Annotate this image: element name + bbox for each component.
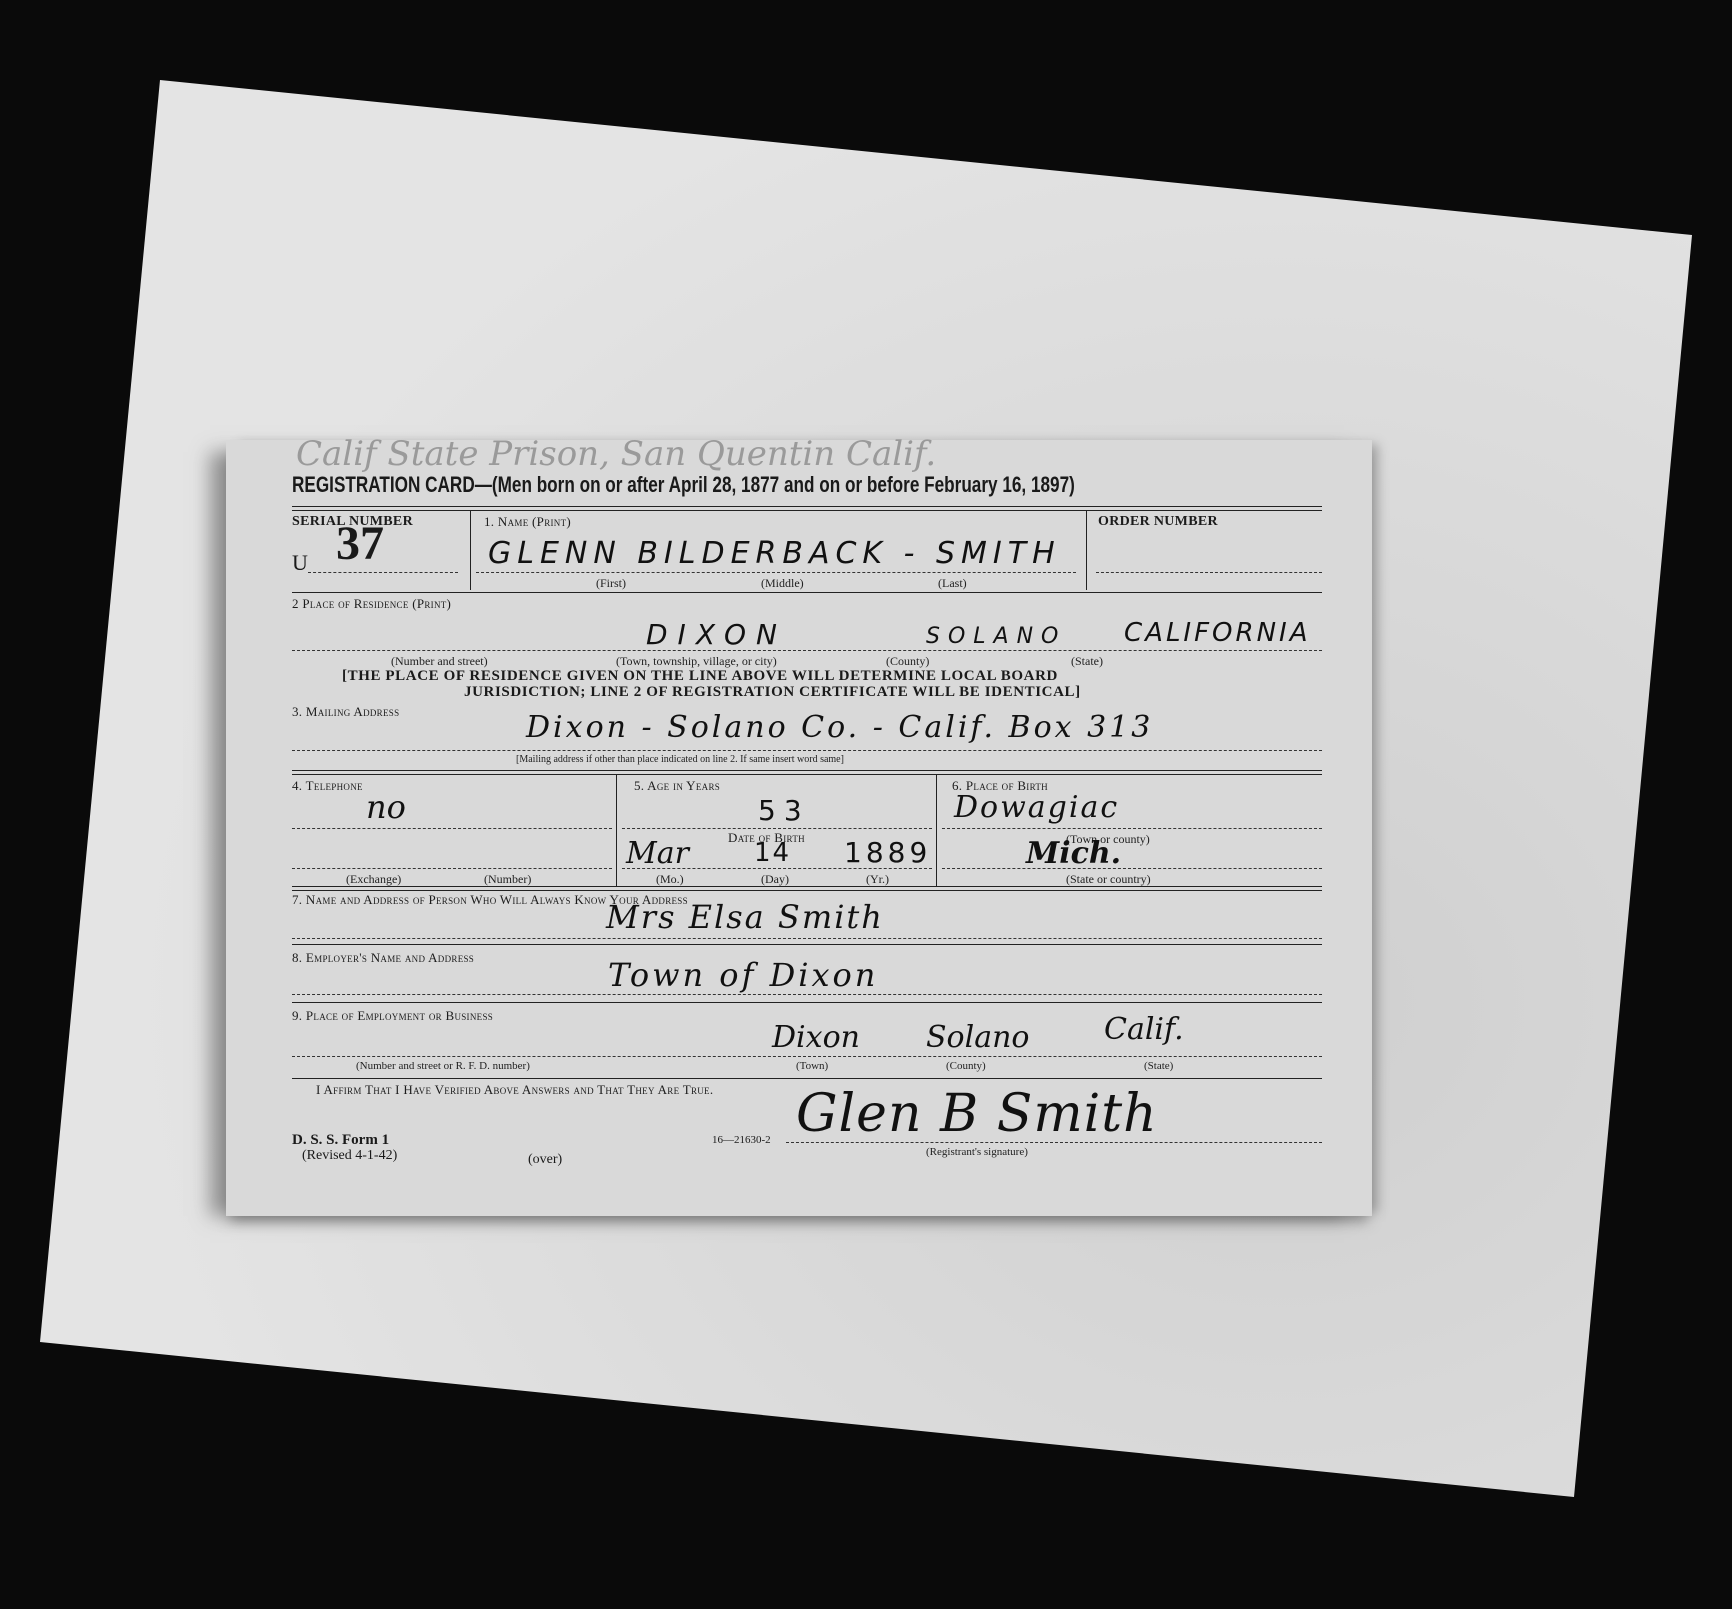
- caption-first: (First): [596, 576, 626, 591]
- birthplace-town-line: [942, 828, 1322, 829]
- signature-line: [786, 1142, 1322, 1143]
- employer-label: 8. Employer's Name and Address: [292, 950, 474, 966]
- row-rule: [292, 592, 1322, 593]
- employer-value[interactable]: Town of Dixon: [608, 956, 878, 994]
- divider: [1086, 510, 1087, 590]
- affirmation-text: I Affirm That I Have Verified Above Answ…: [316, 1082, 713, 1098]
- order-number-line[interactable]: [1096, 572, 1322, 573]
- card-title-sub: —(Men born on or after April 28, 1877 an…: [475, 472, 1075, 497]
- divider: [616, 774, 617, 886]
- serial-line: [308, 572, 458, 573]
- employment-county[interactable]: Solano: [926, 1020, 1029, 1055]
- employment-town[interactable]: Dixon: [772, 1020, 860, 1055]
- name-value[interactable]: GLENN BILDERBACK - SMITH: [488, 536, 1061, 571]
- dob-month[interactable]: Mar: [626, 836, 689, 871]
- caption-middle: (Middle): [761, 576, 804, 591]
- serial-prefix: U: [292, 550, 308, 576]
- caption-emp-county: (County): [946, 1060, 986, 1072]
- caption-year: (Yr.): [866, 872, 889, 887]
- form-revised: (Revised 4-1-42): [302, 1148, 397, 1164]
- birthplace-town[interactable]: Dowagiac: [954, 790, 1119, 825]
- row-rule: [292, 886, 1322, 891]
- caption-number: (Number): [484, 872, 531, 887]
- print-code: 16—21630-2: [712, 1134, 771, 1146]
- row-rule: [292, 1078, 1322, 1079]
- divider: [936, 774, 937, 886]
- residence-notice-1: [THE PLACE OF RESIDENCE GIVEN ON THE LIN…: [342, 668, 1058, 685]
- card-title-main: REGISTRATION CARD: [292, 472, 475, 497]
- residence-notice-2: JURISDICTION; LINE 2 OF REGISTRATION CER…: [464, 684, 1081, 701]
- age-label: 5. Age in Years: [634, 778, 720, 794]
- residence-county[interactable]: SOLANO: [926, 624, 1066, 649]
- divider: [470, 510, 471, 590]
- mailing-caption: [Mailing address if other than place ind…: [516, 754, 844, 765]
- row-rule: [292, 944, 1322, 945]
- residence-town[interactable]: DIXON: [646, 618, 787, 651]
- residence-state[interactable]: CALIFORNIA: [1124, 618, 1310, 648]
- mailing-label: 3. Mailing Address: [292, 704, 399, 720]
- order-number-label: ORDER NUMBER: [1098, 514, 1218, 530]
- caption-day: (Day): [761, 872, 789, 887]
- signature-caption: (Registrant's signature): [926, 1146, 1028, 1158]
- mailing-line: [292, 750, 1322, 751]
- caption-state-country: (State or country): [1066, 872, 1151, 887]
- caption-county: (County): [886, 654, 929, 669]
- telephone-line: [292, 828, 612, 829]
- telephone-label: 4. Telephone: [292, 778, 363, 794]
- employer-line: [292, 994, 1322, 995]
- employment-place-label: 9. Place of Employment or Business: [292, 1008, 493, 1024]
- caption-month: (Mo.): [656, 872, 684, 887]
- age-line: [622, 828, 932, 829]
- telephone-line-2: [292, 868, 612, 869]
- dob-line: [622, 868, 932, 869]
- form-id: D. S. S. Form 1: [292, 1132, 389, 1149]
- card-title: REGISTRATION CARD—(Men born on or after …: [292, 472, 1075, 498]
- residence-line: [292, 650, 1322, 651]
- residence-label: 2 Place of Residence (Print): [292, 596, 451, 612]
- birthplace-state-line: [942, 868, 1322, 869]
- title-rule: [292, 506, 1322, 511]
- dob-day[interactable]: 14: [754, 838, 791, 868]
- registrant-signature[interactable]: Glen B Smith: [796, 1084, 1158, 1144]
- caption-emp-state: (State): [1144, 1060, 1173, 1072]
- age-value[interactable]: 53: [758, 794, 810, 827]
- caption-exchange: (Exchange): [346, 872, 401, 887]
- caption-emp-town: (Town): [796, 1060, 828, 1072]
- caption-last: (Last): [938, 576, 967, 591]
- employment-state[interactable]: Calif.: [1104, 1012, 1184, 1047]
- dob-year[interactable]: 1889: [844, 836, 931, 869]
- name-line: [476, 572, 1076, 573]
- caption-town: (Town, township, village, or city): [616, 654, 777, 669]
- serial-number-value[interactable]: 37: [336, 516, 384, 571]
- employment-line: [292, 1056, 1322, 1057]
- caption-street: (Number and street): [391, 654, 488, 669]
- caption-state: (State): [1071, 654, 1103, 669]
- contact-line: [292, 938, 1322, 939]
- row-rule: [292, 770, 1322, 775]
- name-label: 1. Name (Print): [484, 514, 571, 530]
- registration-card: Calif State Prison, San Quentin Calif. R…: [226, 440, 1372, 1216]
- row-rule: [292, 1002, 1322, 1003]
- contact-value[interactable]: Mrs Elsa Smith: [606, 898, 884, 936]
- caption-rfd: (Number and street or R. F. D. number): [356, 1060, 530, 1072]
- telephone-value[interactable]: no: [366, 788, 406, 826]
- pencil-annotation: Calif State Prison, San Quentin Calif.: [296, 434, 936, 474]
- over-note: (over): [528, 1152, 562, 1168]
- birthplace-state[interactable]: Mich.: [1026, 836, 1121, 871]
- mailing-value[interactable]: Dixon - Solano Co. - Calif. Box 313: [526, 710, 1153, 745]
